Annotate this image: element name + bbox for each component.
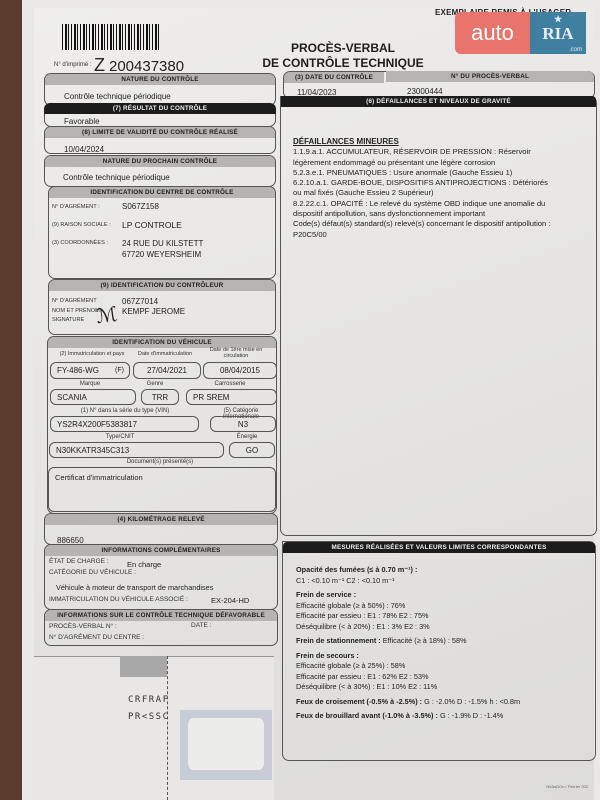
frein-service-title: Frein de service : bbox=[296, 590, 586, 601]
carrosserie-label: Carrosserie bbox=[190, 381, 270, 387]
vin-label: (1) N° dans la série du type (VIN) bbox=[60, 408, 190, 414]
mrz-line-2: PR<SSC bbox=[128, 712, 170, 722]
documents-field: Certificat d'immatriculation bbox=[48, 467, 276, 512]
vin-field: YS2R4X200F5383817 bbox=[50, 416, 199, 432]
opacite-title: Opacité des fumées (≤ à 0.70 m⁻¹) : bbox=[296, 565, 586, 576]
etat-charge-value: En charge bbox=[127, 560, 161, 569]
barcode bbox=[62, 24, 160, 50]
frein-secours-essieu: Efficacité par essieu : E1 : 62% E2 : 53… bbox=[296, 672, 586, 683]
star-icon: ★ bbox=[554, 14, 562, 25]
infos-comp-header: INFORMATIONS COMPLÉMENTAIRES bbox=[45, 545, 277, 556]
limite-validite-header: (8) LIMITE DE VALIDITÉ DU CONTRÔLE RÉALI… bbox=[45, 127, 275, 138]
immat-assoc-label: IMMATRICULATION DU VÉHICULE ASSOCIÉ : bbox=[49, 596, 188, 603]
defaillances-list: DÉFAILLANCES MINEURES 1.1.9.a.1. ACCUMUL… bbox=[293, 137, 558, 240]
hologram-strip bbox=[120, 656, 167, 677]
nature-controle-value: Contrôle technique périodique bbox=[64, 92, 171, 101]
signature: ℳ bbox=[94, 302, 119, 329]
etat-charge-label: ÉTAT DE CHARGE : bbox=[49, 558, 109, 565]
defaillance-item: 5.2.3.e.1. PNEUMATIQUES : Usure anormale… bbox=[293, 168, 558, 178]
autoria-logo-ria: ★RIA.com bbox=[530, 12, 586, 54]
mesures-content: Opacité des fumées (≤ à 0.70 m⁻¹) : C1 :… bbox=[296, 565, 586, 722]
premiere-mise-label: Date de 1ère mise en circulation bbox=[204, 347, 268, 359]
defaillance-item: 6.2.10.a.1. GARDE-BOUE, DISPOSITIFS ANTI… bbox=[293, 178, 558, 199]
date-controle-header: (3) DATE DU CONTRÔLE bbox=[284, 72, 384, 83]
numero-pv-value: 23000444 bbox=[407, 87, 443, 96]
defavorable-header: INFORMATIONS SUR LE CONTRÔLE TECHNIQUE D… bbox=[45, 610, 277, 621]
mesures-header: MESURES RÉALISÉES ET VALEURS LIMITES COR… bbox=[283, 542, 595, 553]
resultat-header: (7) RÉSULTAT DU CONTRÔLE bbox=[44, 103, 276, 114]
controleur-nom-label: NOM ET PRÉNOM bbox=[52, 308, 100, 314]
controleur-header: (9) IDENTIFICATION DU CONTRÔLEUR bbox=[49, 280, 275, 291]
prochain-controle-value: Contrôle technique périodique bbox=[63, 173, 170, 182]
carrosserie-field: PR SREM bbox=[186, 389, 277, 405]
categorie-field: N3 bbox=[210, 416, 276, 432]
limite-validite-value: 10/04/2024 bbox=[64, 145, 104, 154]
controleur-signature-label: SIGNATURE bbox=[52, 317, 84, 323]
documents-label: Document(s) présenté(s) bbox=[120, 459, 200, 465]
type-label: Type/CNIT bbox=[90, 434, 150, 440]
defaillance-item: 8.2.22.c.1. OPACITÉ : Le relevé du systè… bbox=[293, 199, 558, 220]
centre-address-line2: 67720 WEYERSHEIM bbox=[122, 250, 201, 259]
frein-service-globale: Efficacité globale (≥ à 50%) : 76% bbox=[296, 601, 586, 612]
centre-agrement-value: S067Z158 bbox=[122, 202, 159, 211]
energie-field: GO bbox=[229, 442, 275, 458]
imprime-label: N° d'imprimé : bbox=[54, 62, 92, 68]
resultat-value: Favorable bbox=[64, 117, 100, 126]
autoria-logo-auto: auto bbox=[455, 12, 530, 54]
frein-secours-title: Frein de secours : bbox=[296, 651, 586, 662]
centre-header: IDENTIFICATION DU CENTRE DE CONTRÔLE bbox=[49, 187, 275, 198]
immat-field: FY-486-WG(F) bbox=[50, 362, 130, 379]
defavorable-date-label: DATE : bbox=[191, 622, 211, 629]
controleur-agrement-label: N° D'AGRÉMENT bbox=[52, 298, 97, 304]
numero-pv-header: N° DU PROCÈS-VERBAL bbox=[386, 71, 594, 82]
page-title: PROCÈS-VERBAL DE CONTRÔLE TECHNIQUE bbox=[258, 41, 428, 71]
controleur-agrement-value: 067Z7014 bbox=[122, 297, 158, 306]
date-immat-label: Date d'immatriculation bbox=[130, 351, 200, 357]
immat-label: (2) Immatriculation et pays bbox=[52, 351, 132, 357]
genre-field: TRR bbox=[141, 389, 179, 405]
kilometrage-header: (4) KILOMÉTRAGE RELEVÉ bbox=[45, 514, 277, 525]
footer-reference: NéAsDOn / Février 202 bbox=[546, 784, 588, 789]
frein-service-desequilibre: Déséquilibre (< à 20%) : E1 : 3% E2 : 3% bbox=[296, 622, 586, 633]
feux-croisement: Feux de croisement (-0.5% à -2.5%) : G :… bbox=[296, 697, 586, 708]
defaillance-item: 1.1.9.a.1. ACCUMULATEUR, RÉSERVOIR DE PR… bbox=[293, 147, 558, 168]
categorie-vehicule-value: Véhicule à moteur de transport de marcha… bbox=[56, 583, 213, 592]
categorie-vehicule-label: CATÉGORIE DU VÉHICULE : bbox=[49, 569, 136, 576]
centre-address-line1: 24 RUE DU KILSTETT bbox=[122, 239, 203, 248]
prochain-controle-header: NATURE DU PROCHAIN CONTRÔLE bbox=[45, 156, 275, 167]
immat-assoc-value: EX-204-HD bbox=[211, 596, 249, 605]
defaillance-item: Code(s) défaut(s) standard(s) relevé(s) … bbox=[293, 219, 558, 240]
energie-label: Énergie bbox=[232, 434, 262, 440]
centre-raison-label: (9) RAISON SOCIALE : bbox=[52, 222, 111, 228]
vignette-stamp bbox=[180, 710, 272, 780]
frein-stationnement: Frein de stationnement : Efficacité (≥ à… bbox=[296, 636, 586, 647]
centre-coord-label: (3) COORDONNÉES : bbox=[52, 240, 108, 246]
marque-field: SCANIA bbox=[50, 389, 136, 405]
type-field: N30KKATR345C313 bbox=[49, 442, 224, 458]
centre-box bbox=[48, 186, 276, 279]
nature-controle-header: NATURE DU CONTRÔLE bbox=[45, 74, 275, 85]
centre-agrement-label: N° D'AGRÉMENT : bbox=[52, 204, 100, 210]
feux-brouillard: Feux de brouillard avant (-1.0% à -3.5%)… bbox=[296, 711, 586, 722]
perforation-line bbox=[167, 656, 168, 800]
defaillances-heading: DÉFAILLANCES MINEURES bbox=[293, 137, 558, 147]
premiere-mise-field: 08/04/2015 bbox=[203, 362, 277, 379]
genre-label: Genre bbox=[140, 381, 170, 387]
date-immat-field: 27/04/2021 bbox=[133, 362, 201, 379]
marque-label: Marque bbox=[50, 381, 130, 387]
defavorable-pv-label: PROCÈS-VERBAL N° : bbox=[49, 623, 117, 630]
centre-raison-value: LP CONTROLE bbox=[122, 220, 182, 230]
frein-secours-desequilibre: Déséquilibre (< à 30%) : E1 : 10% E2 : 1… bbox=[296, 682, 586, 693]
opacite-values: C1 : <0.10 m⁻¹ C2 : <0.10 m⁻¹ bbox=[296, 576, 586, 587]
frein-secours-globale: Efficacité globale (≥ à 25%) : 58% bbox=[296, 661, 586, 672]
defaillances-header: (6) DÉFAILLANCES ET NIVEAUX DE GRAVITÉ bbox=[281, 96, 596, 107]
mrz-line-1: CRFRAF bbox=[128, 695, 170, 705]
controleur-nom-value: KEMPF JEROME bbox=[122, 307, 185, 316]
defavorable-agrement-label: N° D'AGRÉMENT DU CENTRE : bbox=[49, 634, 144, 641]
frein-service-essieu: Efficacité par essieu : E1 : 78% E2 : 75… bbox=[296, 611, 586, 622]
